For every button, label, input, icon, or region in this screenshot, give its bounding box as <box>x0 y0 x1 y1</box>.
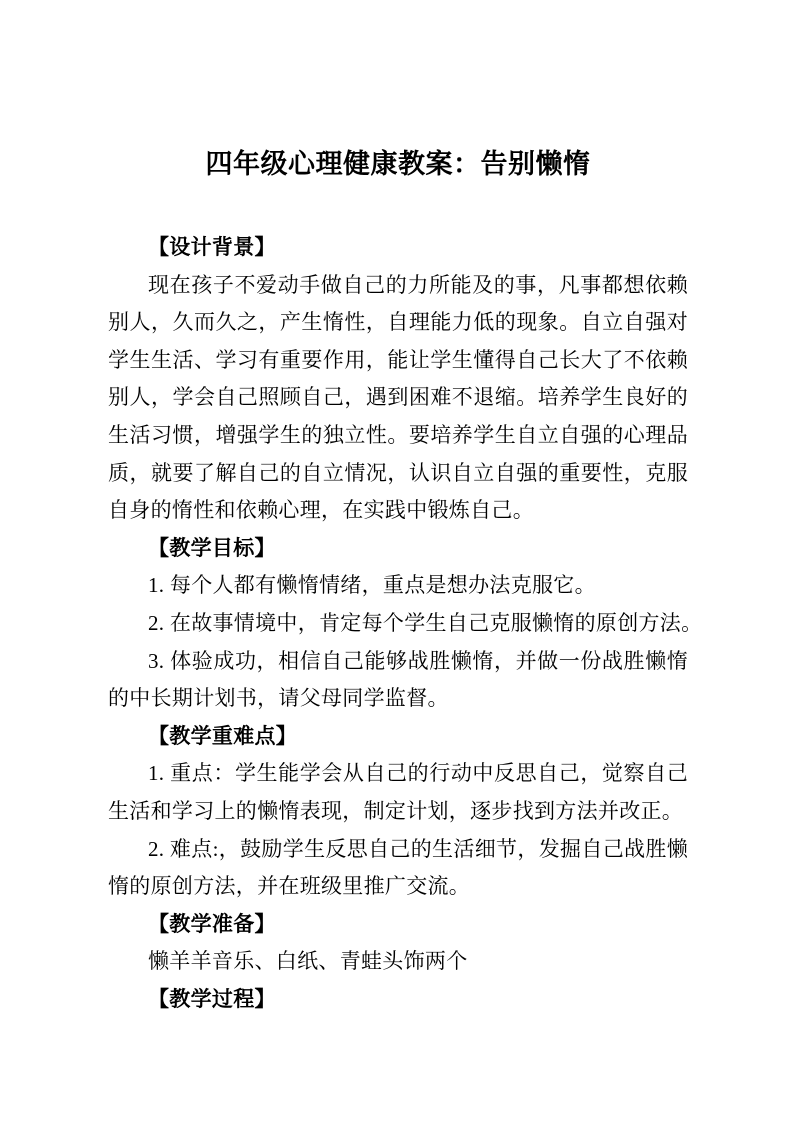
section-teaching-objectives: 【教学目标】 1. 每个人都有懒惰情绪，重点是想办法克服它。 2. 在故事情境中… <box>108 530 688 718</box>
document-title: 四年级心理健康教案：告别懒惰 <box>108 144 688 184</box>
preparation-materials: 懒羊羊音乐、白纸、青蛙头饰两个 <box>108 943 688 981</box>
section-key-difficult-points: 【教学重难点】 1. 重点：学生能学会从自己的行动中反思自己，觉察自己生活和学习… <box>108 718 688 906</box>
objective-item-3: 3. 体验成功，相信自己能够战胜懒惰，并做一份战胜懒惰的中长期计划书，请父母同学… <box>108 643 688 718</box>
objective-item-2: 2. 在故事情境中，肯定每个学生自己克服懒惰的原创方法。 <box>108 605 688 643</box>
objective-item-1: 1. 每个人都有懒惰情绪，重点是想办法克服它。 <box>108 567 688 605</box>
paragraph-design-background: 现在孩子不爱动手做自己的力所能及的事，凡事都想依赖别人，久而久之，产生惰性，自理… <box>108 267 688 530</box>
section-heading-design-background: 【设计背景】 <box>108 229 688 267</box>
section-heading-key-difficult-points: 【教学重难点】 <box>108 718 688 756</box>
section-heading-teaching-objectives: 【教学目标】 <box>108 530 688 568</box>
key-point-item: 1. 重点：学生能学会从自己的行动中反思自己，觉察自己生活和学习上的懒惰表现，制… <box>108 755 688 830</box>
document-body: 四年级心理健康教案：告别懒惰 【设计背景】 现在孩子不爱动手做自己的力所能及的事… <box>108 144 688 1018</box>
difficult-point-item: 2. 难点:，鼓励学生反思自己的生活细节，发掘自己战胜懒惰的原创方法，并在班级里… <box>108 831 688 906</box>
section-heading-teaching-process: 【教学过程】 <box>108 981 688 1019</box>
section-teaching-preparation: 【教学准备】 懒羊羊音乐、白纸、青蛙头饰两个 <box>108 906 688 981</box>
document-page: 四年级心理健康教案：告别懒惰 【设计背景】 现在孩子不爱动手做自己的力所能及的事… <box>0 0 793 1122</box>
section-heading-teaching-preparation: 【教学准备】 <box>108 906 688 944</box>
section-design-background: 【设计背景】 现在孩子不爱动手做自己的力所能及的事，凡事都想依赖别人，久而久之，… <box>108 229 688 530</box>
section-teaching-process: 【教学过程】 <box>108 981 688 1019</box>
